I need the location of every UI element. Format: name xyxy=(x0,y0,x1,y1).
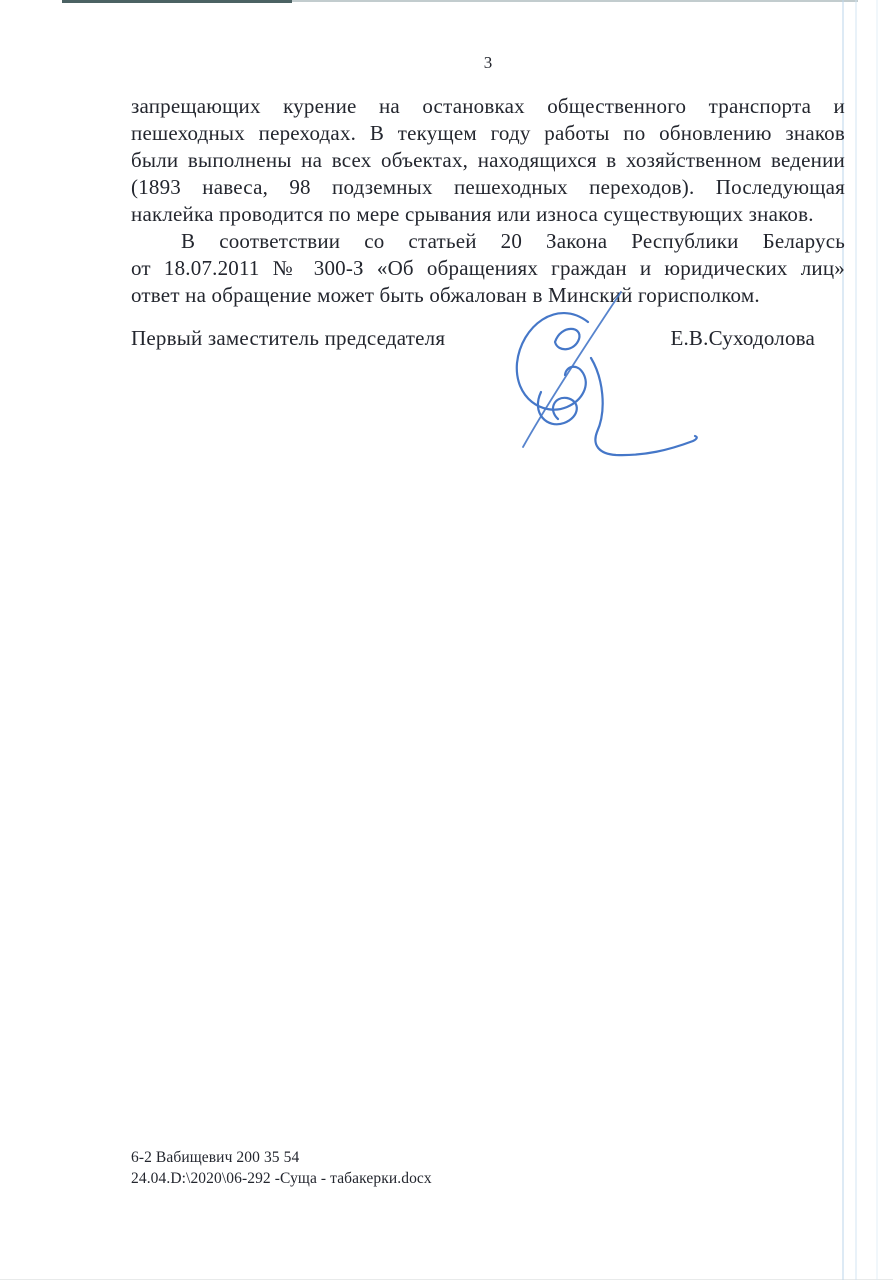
letter-body: запрещающих курение на остановках общест… xyxy=(131,93,845,352)
footer-executor-line: 6-2 Вабищевич 200 35 54 xyxy=(131,1147,432,1168)
body-text-line: от 18.07.2011 № 300-З «Об обращениях гра… xyxy=(131,255,845,282)
body-text-line: В соответствии со статьей 20 Закона Респ… xyxy=(131,228,845,255)
body-text-line: (1893 навеса, 98 подземных пешеходных пе… xyxy=(131,174,845,201)
body-text-line: ответ на обращение может быть обжалован … xyxy=(131,282,845,309)
footer-filepath-line: 24.04.D:\2020\06-292 -Суща - табакерки.d… xyxy=(131,1168,432,1189)
paragraph-signs: запрещающих курение на остановках общест… xyxy=(131,93,845,228)
signature-block: Первый заместитель председателя Е.В.Сухо… xyxy=(131,325,845,352)
scan-artifact-top-edge-light xyxy=(292,0,858,2)
signer-position-title: Первый заместитель председателя xyxy=(131,325,445,352)
signer-name: Е.В.Суходолова xyxy=(670,325,815,352)
paragraph-law-reference: В соответствии со статьей 20 Закона Респ… xyxy=(131,228,845,309)
scan-artifact-right-line xyxy=(855,0,857,1280)
body-text-line: были выполнены на всех объектах, находящ… xyxy=(131,147,845,174)
scan-artifact-top-edge-dark xyxy=(62,0,292,3)
page-number: 3 xyxy=(131,53,845,73)
scan-artifact-right-line xyxy=(876,0,878,1280)
footer-reference: 6-2 Вабищевич 200 35 54 24.04.D:\2020\06… xyxy=(131,1147,432,1189)
body-text-line: наклейка проводится по мере срывания или… xyxy=(131,201,845,228)
document-page: 3 запрещающих курение на остановках обще… xyxy=(0,0,893,1280)
body-text-line: запрещающих курение на остановках общест… xyxy=(131,93,845,120)
body-text-line: пешеходных переходах. В текущем году раб… xyxy=(131,120,845,147)
